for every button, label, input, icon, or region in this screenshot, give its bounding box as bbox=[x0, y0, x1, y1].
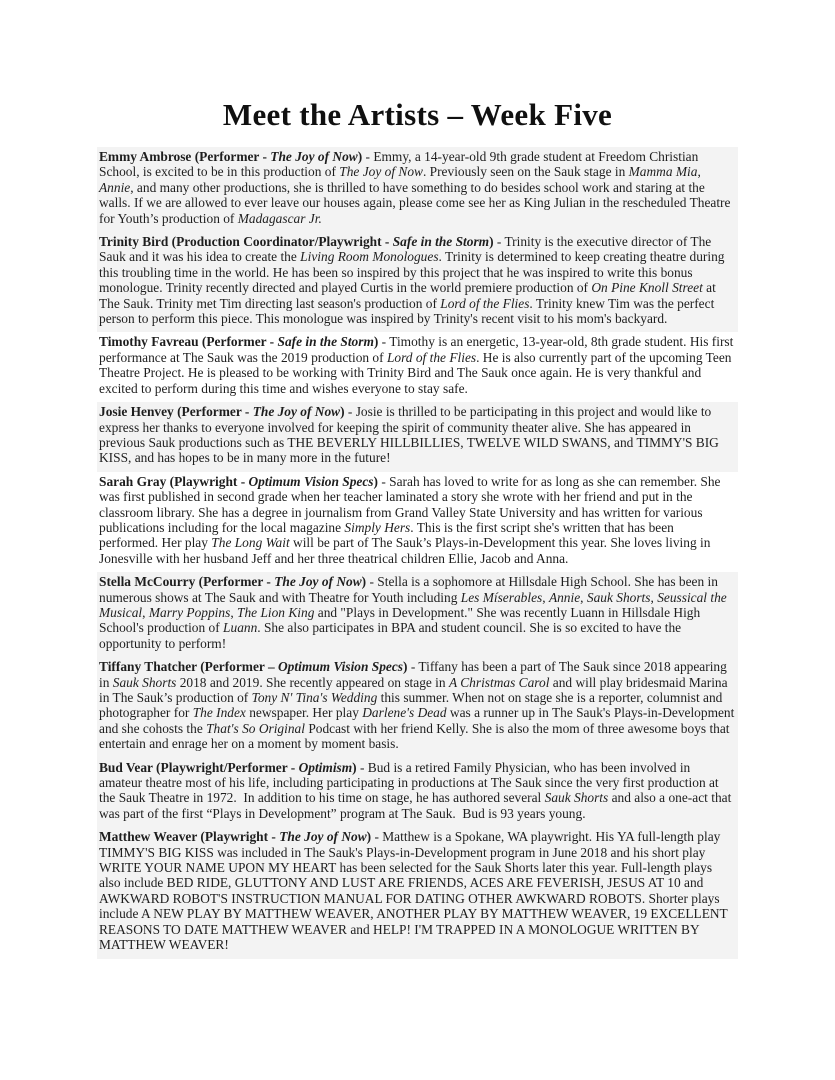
bio-body-text: , and many other productions, she is thr… bbox=[99, 180, 730, 226]
bio-body-text: , bbox=[697, 164, 700, 179]
bio-heading-text: Safe in the Storm bbox=[278, 334, 374, 349]
show-title-text: Lord of the Flies bbox=[440, 296, 529, 311]
show-title-text: Tony N' Tina's Wedding bbox=[252, 690, 378, 705]
bio-heading-text: Tiffany Thatcher (Performer – bbox=[99, 659, 278, 674]
bio-paragraph-8: Matthew Weaver (Playwright - The Joy of … bbox=[97, 827, 738, 958]
bio-paragraph-1: Trinity Bird (Production Coordinator/Pla… bbox=[97, 232, 738, 332]
bio-body-text: , bbox=[580, 590, 587, 605]
bio-paragraph-3: Josie Henvey (Performer - The Joy of Now… bbox=[97, 402, 738, 472]
show-title-text: Luann bbox=[223, 620, 257, 635]
bio-heading-text: ) bbox=[403, 659, 411, 674]
bio-body-text: newspaper. Her play bbox=[246, 705, 362, 720]
bio-body-text: , bbox=[542, 590, 549, 605]
bio-body-text: - Matthew is a Spokane, WA playwright. H… bbox=[99, 829, 727, 952]
bio-heading-text: ) bbox=[358, 149, 366, 164]
show-title-text: The Joy of Now bbox=[339, 164, 423, 179]
bio-body-text: . Previously seen on the Sauk stage in bbox=[423, 164, 629, 179]
show-title-text: Darlene's Dead bbox=[362, 705, 446, 720]
bio-heading-text: ) bbox=[340, 404, 348, 419]
bio-paragraph-2: Timothy Favreau (Performer - Safe in the… bbox=[97, 332, 738, 402]
bio-heading-text: Optimum Vision Specs bbox=[249, 474, 374, 489]
show-title-text: Sauk Shorts bbox=[113, 675, 177, 690]
bio-body-text: , bbox=[230, 605, 237, 620]
bio-paragraph-7: Bud Vear (Playwright/Performer - Optimis… bbox=[97, 758, 738, 828]
bio-heading-text: The Joy of Now bbox=[274, 574, 361, 589]
bio-heading-text: The Joy of Now bbox=[279, 829, 366, 844]
show-title-text: The Long Wait bbox=[211, 535, 289, 550]
bio-paragraph-4: Sarah Gray (Playwright - Optimum Vision … bbox=[97, 472, 738, 572]
bio-heading-text: Safe in the Storm bbox=[393, 234, 489, 249]
show-title-text: Annie bbox=[99, 180, 130, 195]
document-page: Meet the Artists – Week Five Emmy Ambros… bbox=[0, 0, 835, 959]
page-title: Meet the Artists – Week Five bbox=[97, 98, 738, 132]
show-title-text: Marry Poppins bbox=[149, 605, 230, 620]
bio-heading-text: Josie Henvey (Performer - bbox=[99, 404, 253, 419]
show-title-text: Mamma Mia bbox=[629, 164, 698, 179]
bio-heading-text: ) bbox=[352, 760, 360, 775]
show-title-text: Madagascar Jr. bbox=[238, 211, 322, 226]
show-title-text: The Index bbox=[193, 705, 246, 720]
show-title-text: Sauk Shorts bbox=[545, 790, 609, 805]
bio-heading-text: Stella McCourry (Performer - bbox=[99, 574, 274, 589]
show-title-text: Living Room Monologues bbox=[300, 249, 438, 264]
bio-heading-text: Optimism bbox=[299, 760, 353, 775]
bio-heading-text: Emmy Ambrose (Performer - bbox=[99, 149, 270, 164]
bio-heading-text: ) bbox=[374, 334, 382, 349]
show-title-text: A Christmas Carol bbox=[449, 675, 549, 690]
bio-heading-text: Matthew Weaver (Playwright - bbox=[99, 829, 279, 844]
bio-heading-text: Timothy Favreau (Performer - bbox=[99, 334, 278, 349]
show-title-text: Lord of the Flies bbox=[387, 350, 476, 365]
show-title-text: The Lion King bbox=[237, 605, 314, 620]
show-title-text: Les Míserables bbox=[461, 590, 542, 605]
bio-paragraph-0: Emmy Ambrose (Performer - The Joy of Now… bbox=[97, 147, 738, 232]
bio-paragraph-5: Stella McCourry (Performer - The Joy of … bbox=[97, 572, 738, 657]
bio-list: Emmy Ambrose (Performer - The Joy of Now… bbox=[97, 147, 738, 959]
bio-heading-text: Optimum Vision Specs bbox=[278, 659, 403, 674]
show-title-text: Sauk Shorts bbox=[587, 590, 651, 605]
bio-heading-text: Bud Vear (Playwright/Performer - bbox=[99, 760, 299, 775]
bio-body-text: 2018 and 2019. She recently appeared on … bbox=[176, 675, 449, 690]
bio-heading-text: ) bbox=[489, 234, 497, 249]
show-title-text: Simply Hers bbox=[344, 520, 410, 535]
bio-heading-text: Trinity Bird (Production Coordinator/Pla… bbox=[99, 234, 393, 249]
show-title-text: On Pine Knoll Street bbox=[591, 280, 702, 295]
bio-heading-text: The Joy of Now bbox=[253, 404, 340, 419]
bio-body-text: , bbox=[142, 605, 149, 620]
show-title-text: That's So Original bbox=[206, 721, 305, 736]
bio-paragraph-6: Tiffany Thatcher (Performer – Optimum Vi… bbox=[97, 657, 738, 757]
show-title-text: Annie bbox=[549, 590, 580, 605]
bio-heading-text: Sarah Gray (Playwright - bbox=[99, 474, 249, 489]
bio-heading-text: The Joy of Now bbox=[270, 149, 357, 164]
